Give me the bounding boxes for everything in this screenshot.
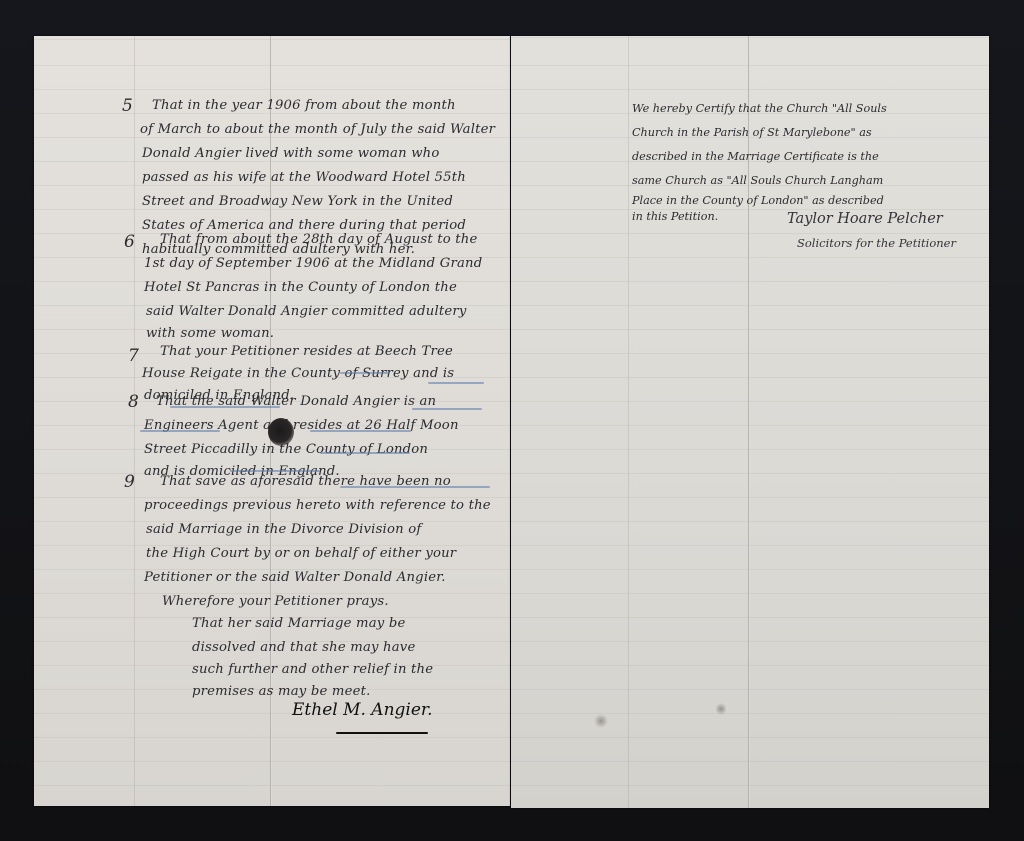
blue-pencil-mark xyxy=(320,452,410,454)
solicitor-signature: Taylor Hoare Pelcher xyxy=(787,211,943,227)
margin-line xyxy=(134,36,135,806)
blue-pencil-mark xyxy=(230,470,320,472)
paragraph-number: 6 xyxy=(124,232,135,252)
paragraph-5-line: Donald Angier lived with some woman who xyxy=(142,146,440,161)
paragraph-9-line: Petitioner or the said Walter Donald Ang… xyxy=(144,570,446,585)
prayer-line: dissolved and that she may have xyxy=(192,640,415,655)
paragraph-8-line: That the said Walter Donald Angier is an xyxy=(156,394,436,409)
certificate-line: Place in the County of London" as descri… xyxy=(632,194,884,207)
paragraph-6-line: Hotel St Pancras in the County of London… xyxy=(144,280,457,295)
paragraph-number: 7 xyxy=(128,346,139,366)
paragraph-5-line: passed as his wife at the Woodward Hotel… xyxy=(142,170,466,185)
blue-pencil-mark xyxy=(140,430,220,432)
paragraph-6-line: 1st day of September 1906 at the Midland… xyxy=(144,256,482,271)
paragraph-6-line: That from about the 28th day of August t… xyxy=(160,232,477,247)
certificate-line: Church in the Parish of St Marylebone" a… xyxy=(632,126,872,139)
ink-blot xyxy=(268,418,294,446)
certificate-line: same Church as "All Souls Church Langham xyxy=(632,174,883,187)
paragraph-6-line: said Walter Donald Angier committed adul… xyxy=(146,304,467,319)
certificate-line: We hereby Certify that the Church "All S… xyxy=(632,102,887,115)
paragraph-6-line: with some woman. xyxy=(146,326,274,341)
blue-pencil-mark xyxy=(310,430,410,432)
paragraph-number: 9 xyxy=(124,472,135,492)
certificate-line: in this Petition. xyxy=(632,210,718,223)
prayer-line: That her said Marriage may be xyxy=(192,616,405,631)
paragraph-5-line: States of America and there during that … xyxy=(142,218,466,233)
paragraph-7-line: House Reigate in the County of Surrey an… xyxy=(142,366,454,381)
blue-pencil-mark xyxy=(340,372,390,374)
blue-pencil-mark xyxy=(428,382,484,384)
blue-pencil-mark xyxy=(340,486,490,488)
paragraph-number: 8 xyxy=(128,392,139,412)
paragraph-9-line: the High Court by or on behalf of either… xyxy=(146,546,456,561)
paragraph-5-line: Street and Broadway New York in the Unit… xyxy=(142,194,453,209)
paragraph-5-line: That in the year 1906 from about the mon… xyxy=(152,98,456,113)
solicitor-role: Solicitors for the Petitioner xyxy=(797,236,956,250)
paper-stain xyxy=(716,702,726,716)
paragraph-number: 5 xyxy=(122,96,133,116)
paragraph-9-line: proceedings previous hereto with referen… xyxy=(144,498,491,513)
signature-underline xyxy=(336,732,428,734)
prayer-intro: Wherefore your Petitioner prays. xyxy=(162,594,389,609)
blue-pencil-mark xyxy=(412,408,482,410)
paragraph-5-line: of March to about the month of July the … xyxy=(140,122,495,137)
certificate-line: described in the Marriage Certificate is… xyxy=(632,150,879,163)
paragraph-7-line: That your Petitioner resides at Beech Tr… xyxy=(160,344,453,359)
paragraph-9-line: said Marriage in the Divorce Division of xyxy=(146,522,421,537)
paper-stain xyxy=(594,714,608,728)
prayer-line: premises as may be meet. xyxy=(192,684,370,699)
margin-line xyxy=(628,36,629,808)
prayer-line: such further and other relief in the xyxy=(192,662,433,677)
petitioner-signature: Ethel M. Angier. xyxy=(292,700,433,720)
